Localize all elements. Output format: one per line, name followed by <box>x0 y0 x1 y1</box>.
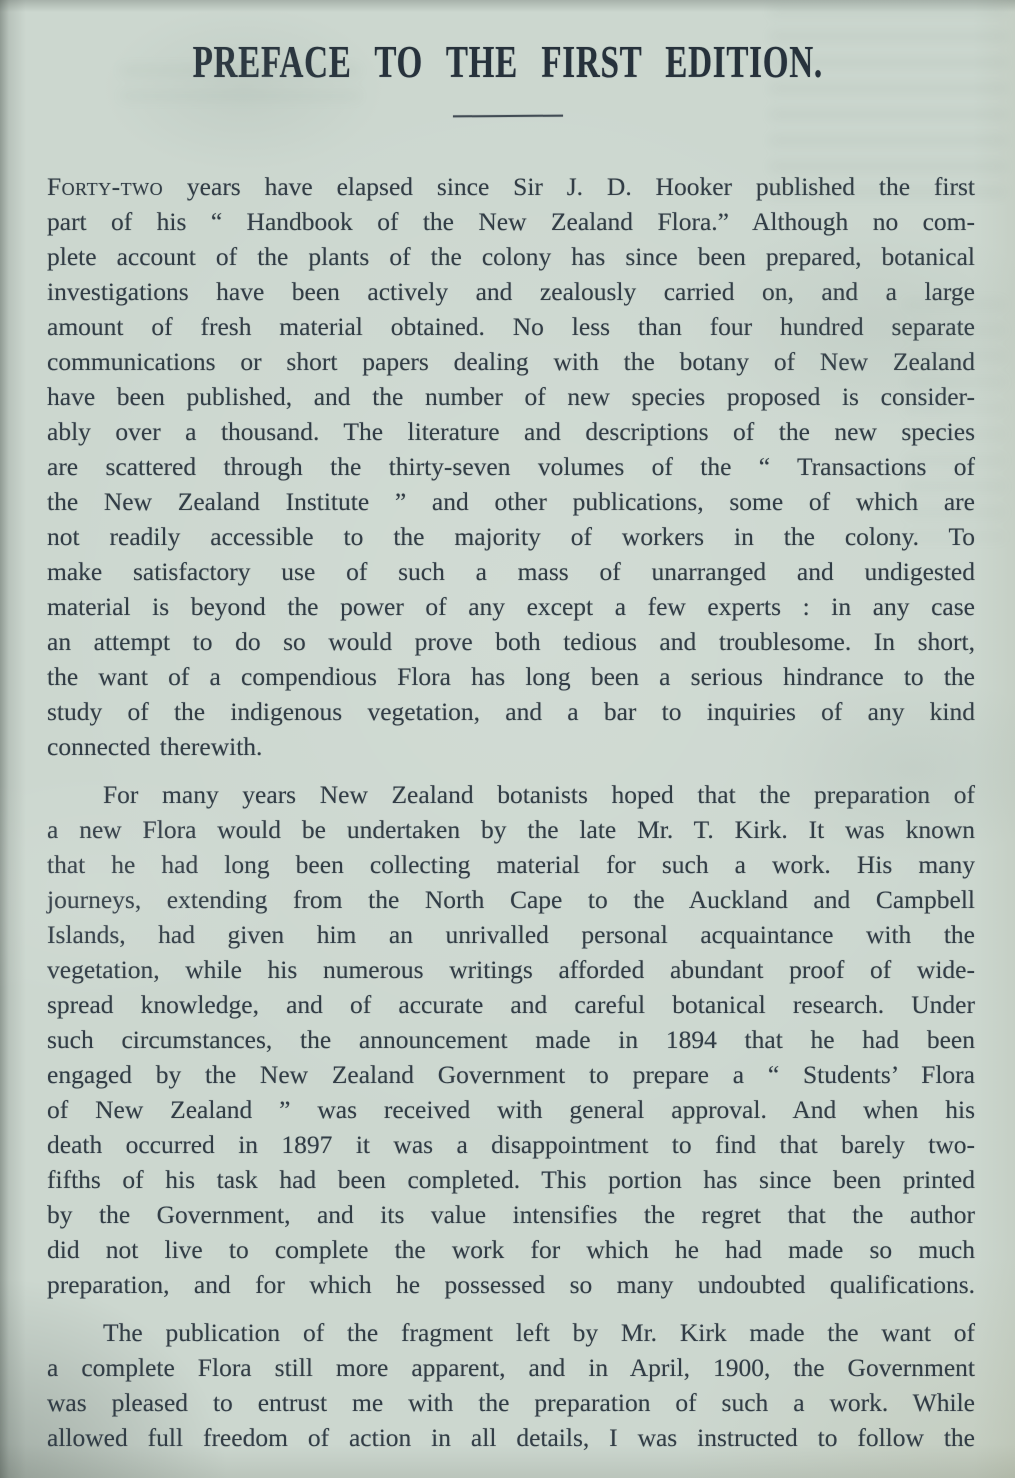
text-line: a complete Flora still more apparent, an… <box>47 1350 975 1385</box>
text-line: The publication of the fragment left by … <box>47 1315 975 1350</box>
text-line: are scattered through the thirty-seven v… <box>47 449 975 484</box>
text-line: connected therewith. <box>47 729 975 764</box>
text-line: an attempt to do so would prove both ted… <box>47 624 975 659</box>
text-line: make satisfactory use of such a mass of … <box>47 554 975 589</box>
text-line: plete account of the plants of the colon… <box>47 239 975 274</box>
text-line: the New Zealand Institute ” and other pu… <box>47 484 975 519</box>
paragraph: The publication of the fragment left by … <box>47 1315 975 1455</box>
text-line: of New Zealand ” was received with gener… <box>47 1092 975 1127</box>
text-line: study of the indigenous vegetation, and … <box>47 694 975 729</box>
text-line: investigations have been actively and ze… <box>47 274 975 309</box>
text-line: Islands, had given him an unrivalled per… <box>47 917 975 952</box>
text-line: part of his “ Handbook of the New Zealan… <box>47 204 975 239</box>
text-line: did not live to complete the work for wh… <box>47 1232 975 1267</box>
scanned-book-page: PREFACE TO THE FIRST EDITION. Forty-two … <box>0 0 1015 1478</box>
text-line: ably over a thousand. The literature and… <box>47 414 975 449</box>
header: PREFACE TO THE FIRST EDITION. <box>0 0 1015 88</box>
text-line: the want of a compendious Flora has long… <box>47 659 975 694</box>
section-divider <box>452 115 562 118</box>
paragraph: For many years New Zealand botanists hop… <box>47 777 975 1302</box>
text-line: For many years New Zealand botanists hop… <box>47 777 975 812</box>
text-line: fifths of his task had been completed. T… <box>47 1162 975 1197</box>
text-line: preparation, and for which he possessed … <box>47 1267 975 1302</box>
text-line: such circumstances, the announcement mad… <box>47 1022 975 1057</box>
text-line: communications or short papers dealing w… <box>47 344 975 379</box>
text-line: have been published, and the number of n… <box>47 379 975 414</box>
paragraph: Forty-two years have elapsed since Sir J… <box>47 169 975 764</box>
text-line: allowed full freedom of action in all de… <box>47 1420 975 1455</box>
text-line: journeys, extending from the North Cape … <box>47 882 975 917</box>
page-body: Forty-two years have elapsed since Sir J… <box>0 169 1015 1455</box>
text-line: not readily accessible to the majority o… <box>47 519 975 554</box>
text-line: death occurred in 1897 it was a disappoi… <box>47 1127 975 1162</box>
text-line: was pleased to entrust me with the prepa… <box>47 1385 975 1420</box>
text-line: engaged by the New Zealand Government to… <box>47 1057 975 1092</box>
text-line: amount of fresh material obtained. No le… <box>47 309 975 344</box>
text-line: a new Flora would be undertaken by the l… <box>47 812 975 847</box>
text-line: spread knowledge, and of accurate and ca… <box>47 987 975 1022</box>
smallcaps-lead: Forty-two <box>47 172 163 201</box>
page-title: PREFACE TO THE FIRST EDITION. <box>192 36 822 88</box>
text-line: vegetation, while his numerous writings … <box>47 952 975 987</box>
text-line: by the Government, and its value intensi… <box>47 1197 975 1232</box>
text-line: that he had long been collecting materia… <box>47 847 975 882</box>
text-line: Forty-two years have elapsed since Sir J… <box>47 169 975 204</box>
text-line: material is beyond the power of any exce… <box>47 589 975 624</box>
